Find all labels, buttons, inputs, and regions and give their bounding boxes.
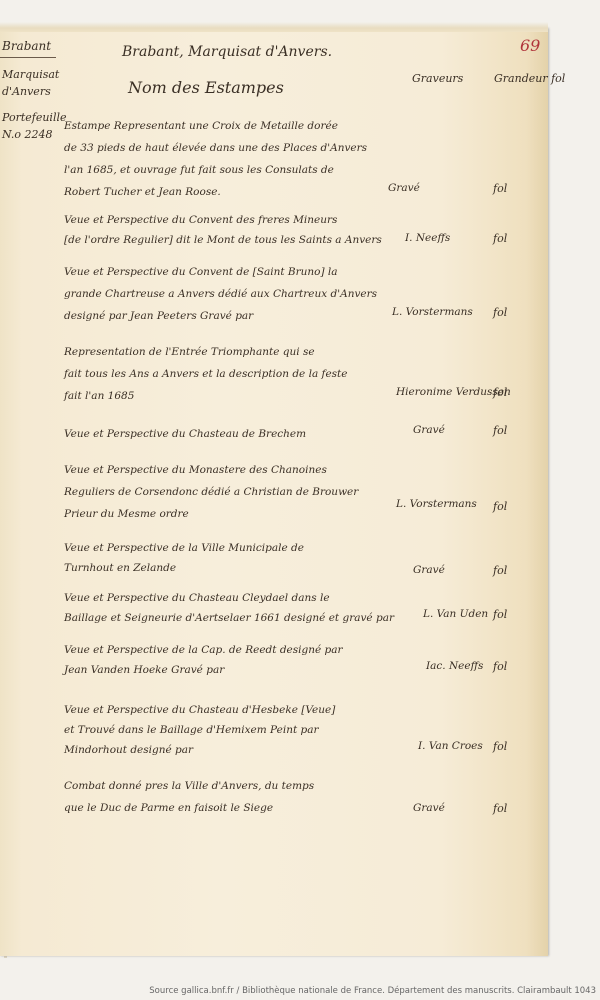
entry-line: Mindorhout designé par <box>64 740 193 761</box>
engraver: Gravé <box>413 802 445 814</box>
size: fol <box>493 740 507 753</box>
entry-line: Estampe Representant une Croix de Metail… <box>64 116 338 137</box>
source-credit: Source gallica.bnf.fr / Bibliothèque nat… <box>0 986 600 996</box>
entry-line: Turnhout en Zelande <box>64 558 176 579</box>
entry-line: grande Chartreuse a Anvers dédié aux Cha… <box>64 284 377 305</box>
engraver: Gravé <box>388 182 420 194</box>
engraver: I. Van Croes <box>418 740 483 752</box>
entry-line: Jean Vanden Hoeke Gravé par <box>64 660 224 681</box>
entry-line: Veue et Perspective de la Cap. de Reedt … <box>64 640 343 661</box>
margin-line: Marquisat <box>2 66 59 83</box>
entry-line: Representation de l'Entrée Triomphante q… <box>64 342 315 363</box>
entry-line: de 33 pieds de haut élevée dans une des … <box>64 138 367 159</box>
size: fol <box>493 232 507 245</box>
size: fol <box>493 424 507 437</box>
entry-line: fait tous les Ans a Anvers et la descrip… <box>64 364 347 385</box>
margin-heading: Brabant <box>2 38 51 55</box>
column-heading-engravers: Graveurs <box>412 72 463 85</box>
entry-line: Veue et Perspective du Chasteau de Brech… <box>64 424 306 445</box>
margin-line: d'Anvers <box>2 83 51 100</box>
column-heading-names: Nom des Estampes <box>128 78 284 97</box>
entry-line: Prieur du Mesme ordre <box>64 504 189 525</box>
entry-line: Combat donné pres la Ville d'Anvers, du … <box>64 776 314 797</box>
size: fol <box>493 306 507 319</box>
size: fol <box>493 564 507 577</box>
entry-line: Baillage et Seigneurie d'Aertselaer 1661… <box>64 608 394 629</box>
entry-line: Robert Tucher et Jean Roose. <box>64 182 221 203</box>
engraver: I. Neeffs <box>405 232 450 244</box>
engraver: L. Van Uden <box>423 608 488 620</box>
folio-number: 69 <box>520 36 540 55</box>
entry-line: fait l'an 1685 <box>64 386 134 407</box>
size: fol <box>493 660 507 673</box>
engraver: Iac. Neeffs <box>426 660 483 672</box>
size: fol <box>493 802 507 815</box>
size: fol <box>493 500 507 513</box>
entry-line: [de l'ordre Regulier] dit le Mont de tou… <box>64 230 382 251</box>
engraver: Gravé <box>413 564 445 576</box>
margin-rule <box>0 57 56 58</box>
margin-line: N.o 2248 <box>2 126 53 143</box>
entry-line: Veue et Perspective du Chasteau Cleydael… <box>64 588 330 609</box>
engraver: L. Vorstermans <box>396 498 477 510</box>
entry-line: Veue et Perspective du Monastere des Cha… <box>64 460 327 481</box>
entry-line: Veue et Perspective du Chasteau d'Hesbek… <box>64 700 335 721</box>
page-title: Brabant, Marquisat d'Anvers. <box>122 44 332 60</box>
entry-line: Veue et Perspective du Convent des frere… <box>64 210 337 231</box>
engraver: L. Vorstermans <box>392 306 473 318</box>
entry-line: que le Duc de Parme en faisoit le Siege <box>64 798 273 819</box>
size: fol <box>493 386 507 399</box>
entry-line: l'an 1685, et ouvrage fut fait sous les … <box>64 160 334 181</box>
entry-line: designé par Jean Peeters Gravé par <box>64 306 253 327</box>
margin-line: Portefeuille <box>2 109 67 126</box>
entry-line: Veue et Perspective de la Ville Municipa… <box>64 538 304 559</box>
engraver: Gravé <box>413 424 445 436</box>
size: fol <box>493 608 507 621</box>
entry-line: Reguliers de Corsendonc dédié a Christia… <box>64 482 358 503</box>
entry-line: et Trouvé dans le Baillage d'Hemixem Pei… <box>64 720 319 741</box>
column-heading-size: Grandeur fol <box>494 72 565 85</box>
size: fol <box>493 182 507 195</box>
entry-line: Veue et Perspective du Convent de [Saint… <box>64 262 338 283</box>
